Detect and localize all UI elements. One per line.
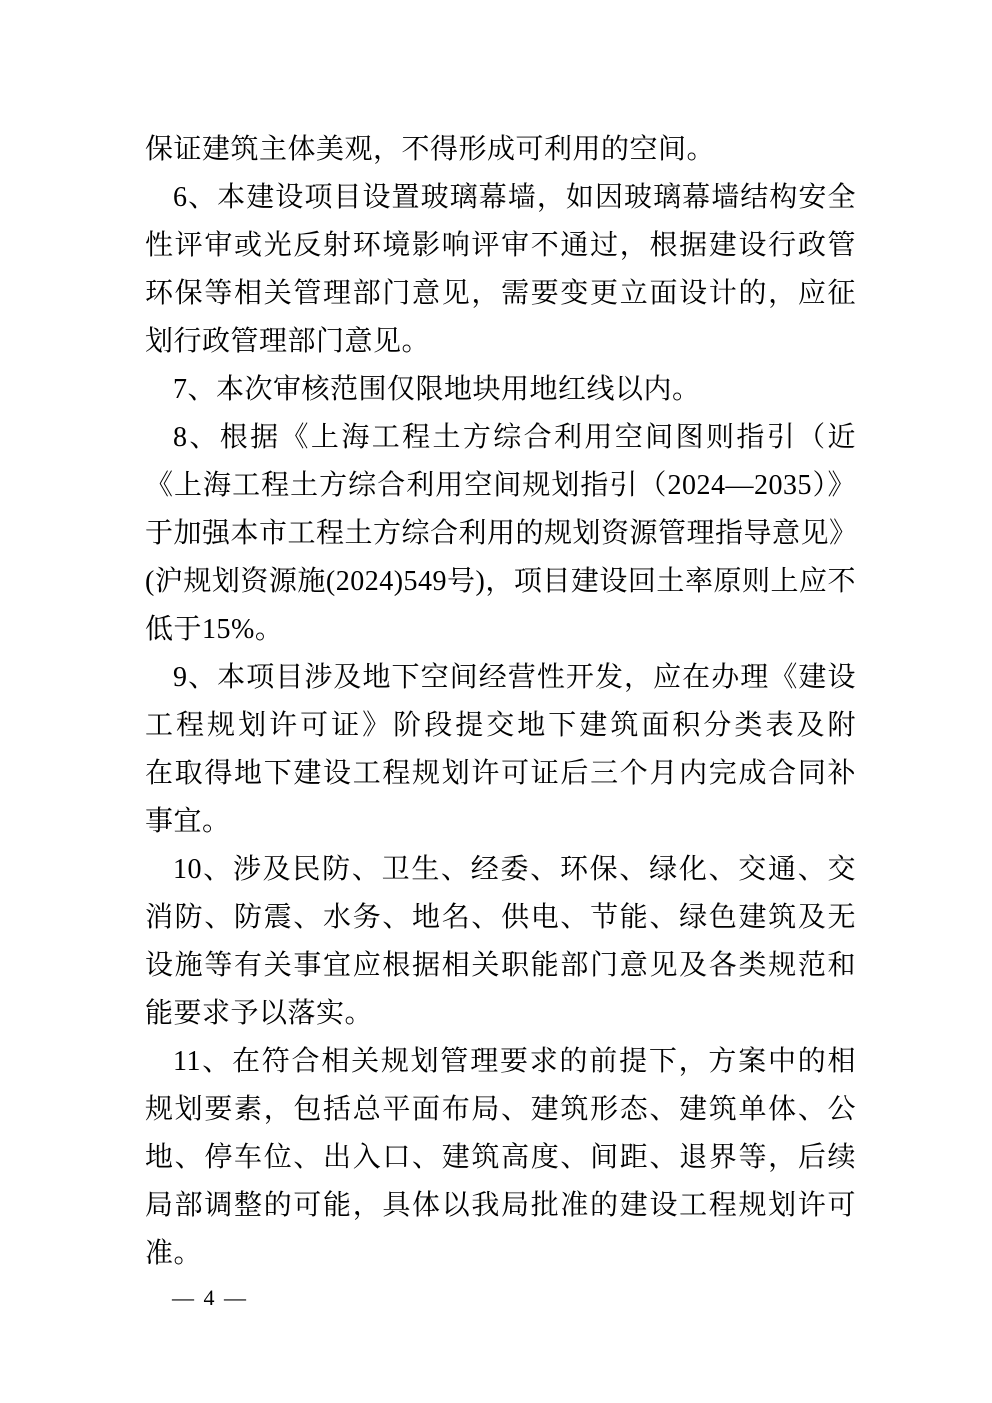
text-line: 《上海工程土方综合利用空间规划指引（2024—2035）》《关 <box>145 462 856 510</box>
page-number: — 4 — <box>172 1283 248 1313</box>
text-line: 地、停车位、出入口、建筑高度、间距、退界等，后续仍有 <box>145 1134 856 1182</box>
text-line: 8、根据《上海工程土方综合利用空间图则指引（近期）》 <box>145 414 856 462</box>
document-page: 保证建筑主体美观，不得形成可利用的空间。6、本建设项目设置玻璃幕墙，如因玻璃幕墙… <box>0 0 992 1403</box>
text-line: 设施等有关事宜应根据相关职能部门意见及各类规范和功 <box>145 942 856 990</box>
text-line: 环保等相关管理部门意见，需要变更立面设计的，应征询规 <box>145 270 856 318</box>
text-line: 划行政管理部门意见。 <box>145 318 856 366</box>
text-line: 能要求予以落实。 <box>145 990 856 1038</box>
text-line: 6、本建设项目设置玻璃幕墙，如因玻璃幕墙结构安全 <box>145 174 856 222</box>
text-line: 工程规划许可证》阶段提交地下建筑面积分类表及附图，并 <box>145 702 856 750</box>
text-line: 准。 <box>145 1230 856 1278</box>
text-line: 局部调整的可能，具体以我局批准的建设工程规划许可证为 <box>145 1182 856 1230</box>
text-line: 保证建筑主体美观，不得形成可利用的空间。 <box>145 126 856 174</box>
text-line: 性评审或光反射环境影响评审不通过，根据建设行政管理、 <box>145 222 856 270</box>
text-line: 事宜。 <box>145 798 856 846</box>
document-body: 保证建筑主体美观，不得形成可利用的空间。6、本建设项目设置玻璃幕墙，如因玻璃幕墙… <box>145 126 856 1278</box>
text-line: 于加强本市工程土方综合利用的规划资源管理指导意见》 <box>145 510 856 558</box>
text-line: (沪规划资源施(2024)549号)，项目建设回土率原则上应不 <box>145 558 856 606</box>
text-line: 10、涉及民防、卫生、经委、环保、绿化、交通、交警、 <box>145 846 856 894</box>
text-line: 11、在符合相关规划管理要求的前提下，方案中的相关 <box>145 1038 856 1086</box>
text-line: 消防、防震、水务、地名、供电、节能、绿色建筑及无障碍 <box>145 894 856 942</box>
text-line: 9、本项目涉及地下空间经营性开发，应在办理《建设 <box>145 654 856 702</box>
text-line: 7、本次审核范围仅限地块用地红线以内。 <box>145 366 856 414</box>
text-line: 在取得地下建设工程规划许可证后三个月内完成合同补签 <box>145 750 856 798</box>
text-line: 低于15%。 <box>145 606 856 654</box>
text-line: 规划要素，包括总平面布局、建筑形态、建筑单体、公共绿 <box>145 1086 856 1134</box>
